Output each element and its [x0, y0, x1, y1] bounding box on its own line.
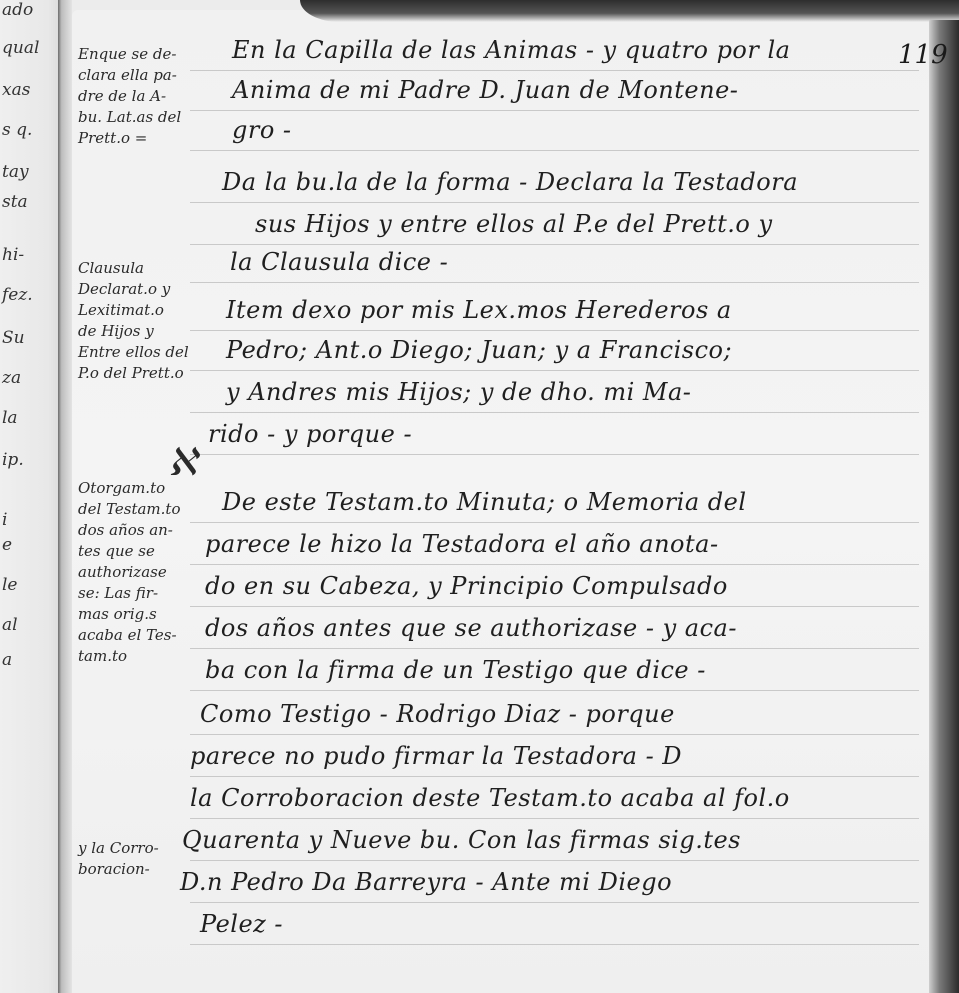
previous-page-fragment: za: [2, 368, 21, 388]
previous-page-fragment: xas: [2, 80, 30, 100]
manuscript-line: gro -: [232, 116, 292, 144]
margin-note-line: clara ella pa-: [78, 65, 190, 86]
manuscript-line: do en su Cabeza, y Principio Compulsado: [205, 572, 728, 600]
margin-note-line: acaba el Tes-: [78, 625, 190, 646]
ruled-line: [190, 606, 919, 607]
ruled-line: [190, 454, 919, 455]
manuscript-line: Anima de mi Padre D. Juan de Montene-: [232, 76, 738, 104]
previous-page-fragment: e: [2, 535, 12, 555]
previous-page-fragment: qual: [2, 38, 39, 58]
previous-page-fragment: tay: [2, 162, 29, 182]
margin-note-line: bu. Lat.as del: [78, 107, 190, 128]
previous-page-fragment: ado: [2, 0, 33, 20]
manuscript-line: la Clausula dice -: [230, 248, 448, 276]
margin-note-line: dre de la A-: [78, 86, 190, 107]
ruled-line: [190, 818, 919, 819]
margin-note-line: Declarat.o y: [78, 279, 190, 300]
previous-page-fragment: ip.: [2, 450, 24, 470]
top-shadow: [300, 0, 959, 22]
ruled-line: [190, 150, 919, 151]
ruled-line: [190, 860, 919, 861]
ruled-line: [190, 648, 919, 649]
ruled-line: [190, 282, 919, 283]
ruled-line: [190, 244, 919, 245]
manuscript-line: y Andres mis Hijos; y de dho. mi Ma-: [226, 378, 691, 406]
manuscript-line: Pelez -: [200, 910, 283, 938]
manuscript-line: parece no pudo firmar la Testadora - D: [190, 742, 682, 770]
margin-note-line: Entre ellos del: [78, 342, 190, 363]
manuscript-line: parece le hizo la Testadora el año anota…: [205, 530, 719, 558]
margin-note: ClausulaDeclarat.o yLexitimat.ode Hijos …: [78, 258, 190, 384]
manuscript-line: dos años antes que se authorizase - y ac…: [205, 614, 737, 642]
manuscript-line: De este Testam.to Minuta; o Memoria del: [222, 488, 747, 516]
ruled-line: [190, 564, 919, 565]
previous-page-fragment: fez.: [2, 285, 33, 305]
folio-number: 119: [898, 40, 948, 70]
ruled-line: [190, 370, 919, 371]
margin-note-line: y la Corro-: [78, 838, 190, 859]
margin-note-line: tes que se: [78, 541, 190, 562]
ruled-line: [190, 734, 919, 735]
margin-note: y la Corro-boracion-: [78, 838, 190, 880]
margin-note-line: Clausula: [78, 258, 190, 279]
margin-note-line: P.o del Prett.o: [78, 363, 190, 384]
previous-page-fragment: i: [2, 510, 7, 530]
manuscript-line: Como Testigo - Rodrigo Diaz - porque: [200, 700, 675, 728]
previous-page-fragment: Su: [2, 328, 25, 348]
manuscript-line: Item dexo por mis Lex.mos Herederos a: [226, 296, 732, 324]
ruled-line: [190, 776, 919, 777]
ruled-line: [190, 944, 919, 945]
margin-note-line: mas orig.s: [78, 604, 190, 625]
margin-note: Otorgam.todel Testam.todos años an-tes q…: [78, 478, 190, 667]
manuscript-line: En la Capilla de las Animas - y quatro p…: [232, 36, 790, 64]
previous-page-fragment: s q.: [2, 120, 32, 140]
manuscript-line: D.n Pedro Da Barreyra - Ante mi Diego: [180, 868, 672, 896]
ruled-line: [190, 70, 919, 71]
margin-note-line: Prett.o =: [78, 128, 190, 149]
manuscript-line: ba con la firma de un Testigo que dice -: [205, 656, 706, 684]
manuscript-line: Pedro; Ant.o Diego; Juan; y a Francisco;: [226, 336, 732, 364]
margin-note-line: del Testam.to: [78, 499, 190, 520]
previous-page-edge: adoqualxass q.taystahi-fez.Suzalaip.iele…: [0, 0, 60, 993]
manuscript-line: la Corroboracion deste Testam.to acaba a…: [190, 784, 790, 812]
ruled-line: [190, 902, 919, 903]
manuscript-line: rido - y porque -: [208, 420, 412, 448]
margin-note-line: boracion-: [78, 859, 190, 880]
previous-page-fragment: hi-: [2, 245, 24, 265]
manuscript-line: sus Hijos y entre ellos al P.e del Prett…: [255, 210, 773, 238]
rubric-flourish-icon: ℵ: [168, 440, 196, 484]
previous-page-fragment: la: [2, 408, 18, 428]
ruled-line: [190, 690, 919, 691]
manuscript-line: Quarenta y Nueve bu. Con las firmas sig.…: [182, 826, 741, 854]
binding-gutter: [58, 0, 72, 993]
ruled-line: [190, 110, 919, 111]
page-right-edge: [929, 20, 959, 993]
margin-note-line: se: Las fir-: [78, 583, 190, 604]
ruled-line: [190, 522, 919, 523]
margin-note-line: Enque se de-: [78, 44, 190, 65]
margin-note: Enque se de-clara ella pa-dre de la A-bu…: [78, 44, 190, 149]
margin-note-line: dos años an-: [78, 520, 190, 541]
margin-note-line: Lexitimat.o: [78, 300, 190, 321]
ruled-line: [190, 330, 919, 331]
margin-note-line: de Hijos y: [78, 321, 190, 342]
previous-page-fragment: sta: [2, 192, 28, 212]
previous-page-fragment: le: [2, 575, 18, 595]
ruled-line: [190, 202, 919, 203]
margin-note-line: tam.to: [78, 646, 190, 667]
previous-page-fragment: al: [2, 615, 18, 635]
ruled-line: [190, 412, 919, 413]
previous-page-fragment: a: [2, 650, 12, 670]
margin-note-line: authorizase: [78, 562, 190, 583]
manuscript-line: Da la bu.la de la forma - Declara la Tes…: [222, 168, 798, 196]
